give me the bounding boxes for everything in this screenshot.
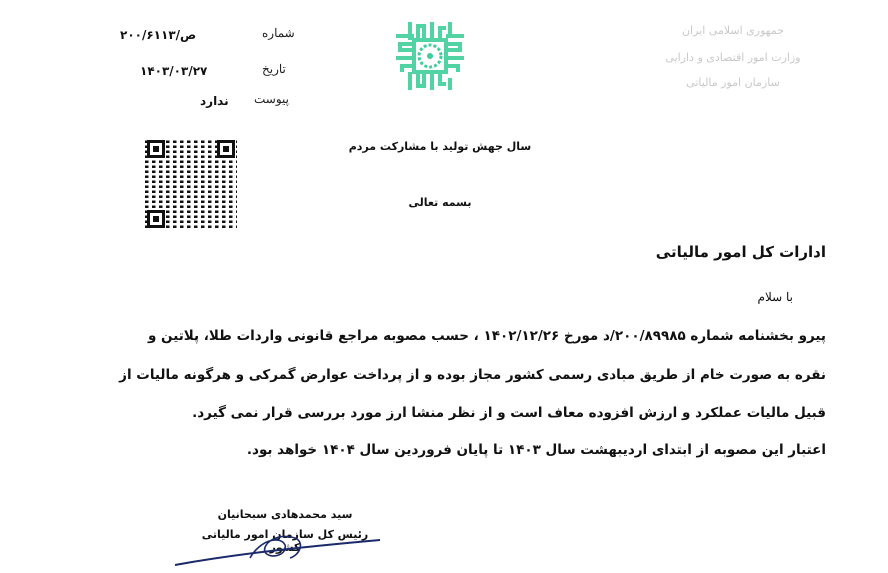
body-line: قبیل مالیات عملکرد و ارزش افزوده معاف اس… [192,405,826,421]
org-header-line: سازمان امور مالیاتی [618,76,848,89]
recipient: ادارات کل امور مالیاتی [656,243,826,261]
letter-number: ۲۰۰/۶۱۱۳/ص [120,28,196,42]
year-slogan: سال جهش تولید با مشارکت مردم [340,140,540,153]
body-line: پیرو بخشنامه شماره ۲۰۰/۸۹۹۸۵/د مورخ ۱۴۰۲… [148,328,826,344]
qr-code-icon [145,138,237,230]
letter-date: ۱۴۰۳/۰۳/۲۷ [140,64,207,78]
signature-icon [170,520,390,570]
tax-organization-logo-icon [388,14,472,98]
org-header-line: وزارت امور اقتصادی و دارایی [618,51,848,64]
org-header-line: جمهوری اسلامی ایران [618,24,848,37]
body-line: نقره به صورت خام از طریق مبادی رسمی کشور… [119,367,826,383]
letter-meta: ۲۰۰/۶۱۱۳/ص شماره ۱۴۰۳/۰۳/۲۷ تاریخ ندارد … [120,26,300,116]
letter-date-label: تاریخ [262,62,286,76]
greeting: با سلام [758,290,793,304]
org-header-faded: جمهوری اسلامی ایران وزارت امور اقتصادی و… [618,24,848,89]
attachment-value: ندارد [200,94,229,108]
body-line: اعتبار این مصوبه از ابتدای اردیبهشت سال … [247,442,826,458]
attachment-label: پیوست [254,92,289,106]
letter-number-label: شماره [262,26,295,40]
invocation: بسمه تعالی [340,196,540,209]
